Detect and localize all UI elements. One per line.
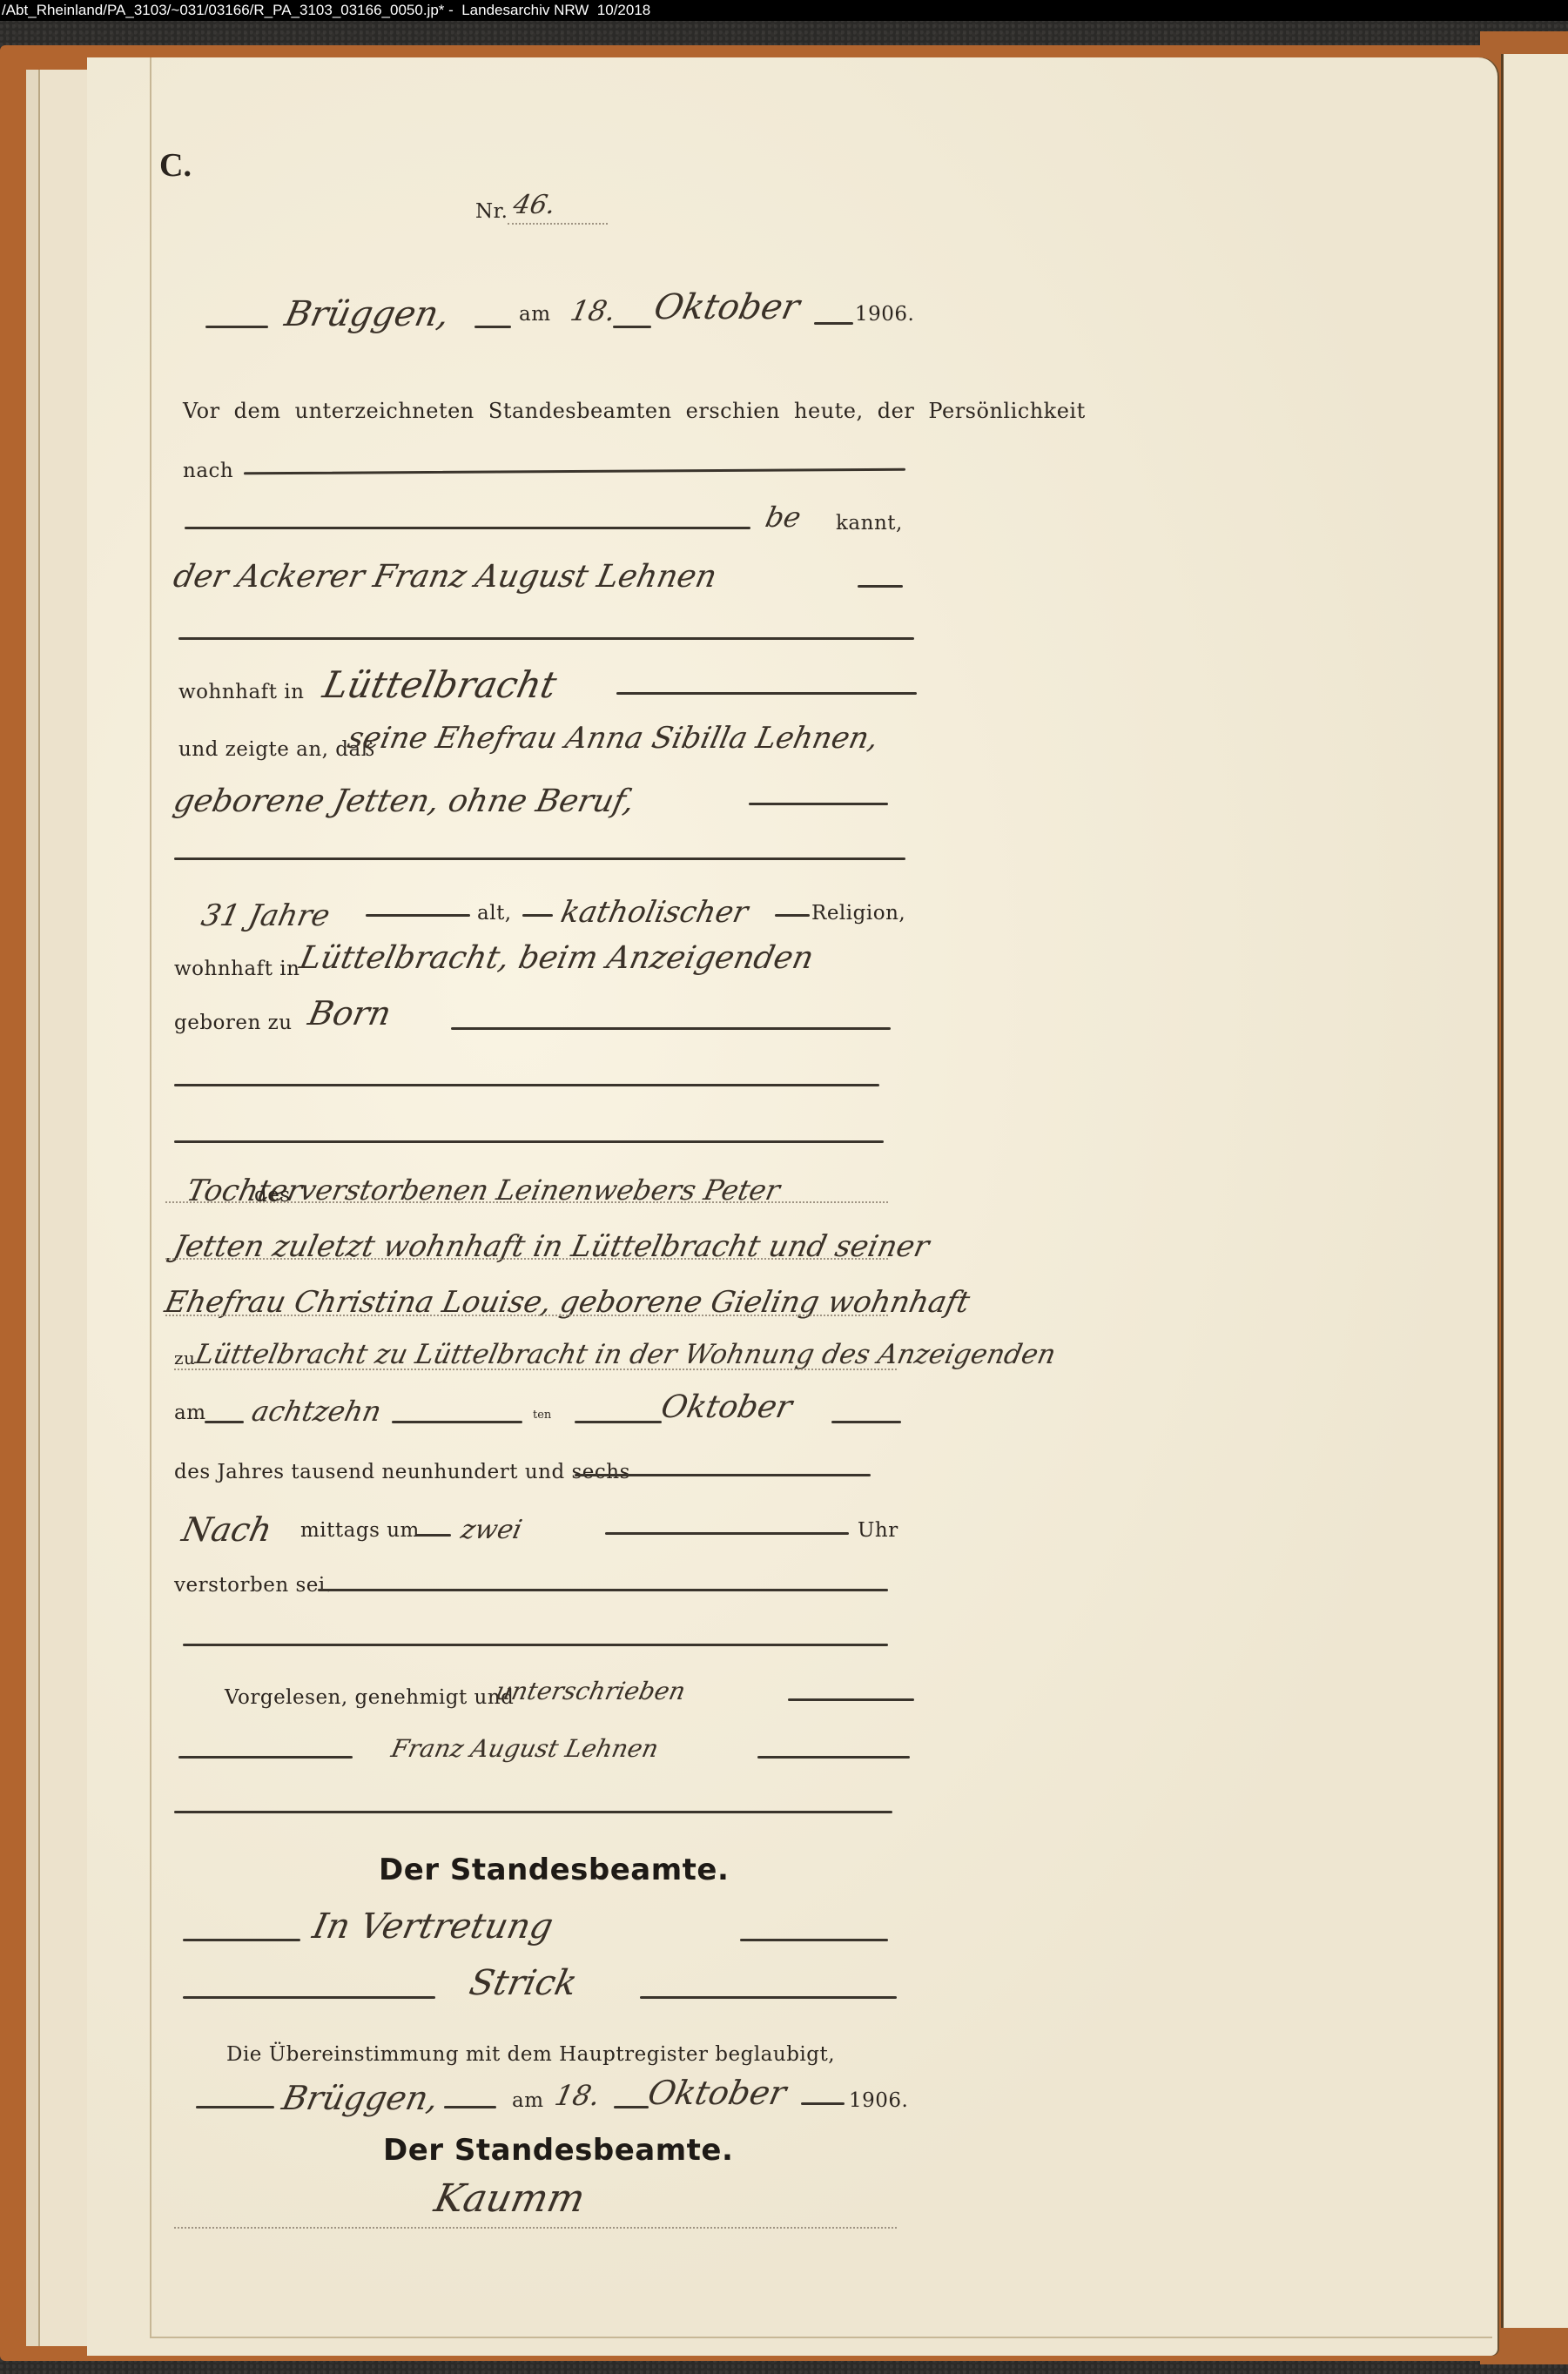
fill-rule — [444, 2106, 496, 2108]
bekannt-hand: be — [763, 501, 804, 534]
fill-rule — [858, 585, 903, 588]
dotline — [165, 1315, 888, 1316]
ten-label: ten — [533, 1409, 551, 1422]
fill-rule — [757, 1756, 910, 1759]
fill-rule — [474, 326, 511, 328]
geboren-value: Born — [305, 994, 394, 1032]
bekannt-label: kannt, — [836, 512, 903, 535]
cert-year: 1906. — [849, 2089, 908, 2112]
place-value: Brüggen, — [281, 294, 453, 334]
registrar-heading: Der Standesbeamte. — [379, 1853, 729, 1887]
am-label-death: am — [174, 1402, 206, 1424]
fill-rule — [196, 2106, 274, 2108]
geboren-label: geboren zu — [174, 1012, 293, 1034]
vorgelesen-value: unterschrieben — [493, 1677, 688, 1705]
dotline — [174, 1369, 897, 1370]
registrar-deputy: In Vertretung — [309, 1907, 556, 1947]
fill-rule — [183, 1996, 435, 1999]
fill-rule — [740, 1939, 888, 1941]
fill-rule — [174, 1140, 884, 1143]
wohnhaft-label: wohnhaft in — [178, 681, 304, 703]
certification-line: Die Übereinstimmung mit dem Hauptregiste… — [226, 2043, 835, 2066]
window-title-bar: /Abt_Rheinland/PA_3103/~031/03166/R_PA_3… — [0, 0, 1568, 21]
year-line: des Jahres tausend neunhundert und sechs — [174, 1461, 630, 1483]
fill-rule — [575, 1421, 662, 1423]
fill-rule — [183, 1939, 300, 1941]
fill-rule — [614, 2106, 649, 2108]
intro-line: Vor dem unterzeichneten Standesbeamten e… — [183, 399, 1086, 423]
religion-value: katholischer — [558, 895, 751, 930]
fill-rule — [183, 1644, 888, 1646]
number-dotline — [508, 223, 608, 225]
fill-rule — [392, 1421, 522, 1423]
year-value: 1906. — [855, 303, 914, 326]
uhr-label: Uhr — [858, 1519, 898, 1542]
cert-month: Oktober — [644, 2074, 790, 2112]
registrar-signature: Strick — [466, 1963, 581, 2003]
verstorben-label: verstorben sei. — [174, 1574, 333, 1597]
fill-rule — [801, 2102, 845, 2105]
vorgelesen-label: Vorgelesen, genehmigt und — [225, 1686, 514, 1709]
section-letter: C. — [159, 146, 192, 185]
parents-line-4: Lüttelbracht zu Lüttelbracht in der Wohn… — [192, 1339, 1059, 1370]
mittags-label: mittags um — [300, 1519, 420, 1542]
facing-page-edge — [1501, 54, 1568, 2328]
fill-rule — [749, 803, 888, 805]
fill-rule — [174, 1811, 892, 1813]
fill-rule — [814, 322, 853, 325]
religion-label: Religion, — [811, 902, 905, 925]
geborene-value: geborene Jetten, ohne Beruf, — [171, 783, 638, 819]
fill-rule — [205, 1421, 244, 1423]
cert-heading: Der Standesbeamte. — [383, 2133, 733, 2168]
fill-rule — [522, 914, 553, 917]
alt-label: alt, — [477, 902, 512, 925]
fill-rule — [775, 914, 810, 917]
dotline — [165, 1258, 888, 1260]
informant-signature: Franz August Lehnen — [388, 1734, 661, 1763]
time-prefix: Nach — [178, 1510, 275, 1549]
death-day: achtzehn — [249, 1395, 385, 1428]
fill-rule — [174, 857, 905, 860]
nach-label: nach — [183, 460, 233, 482]
fill-rule — [575, 1474, 871, 1476]
fill-rule — [605, 1532, 849, 1535]
fill-rule — [178, 1756, 353, 1759]
cert-am-label: am — [512, 2089, 544, 2112]
fill-rule — [613, 326, 651, 328]
fill-rule — [788, 1698, 914, 1701]
number-label: Nr. — [475, 200, 508, 223]
death-month: Oktober — [658, 1389, 796, 1425]
am-label: am — [519, 303, 551, 326]
age-value: 31 Jahre — [199, 898, 333, 933]
fill-rule — [366, 914, 470, 917]
fill-rule — [616, 692, 917, 695]
fill-rule — [178, 637, 914, 640]
fill-rule — [451, 1027, 891, 1030]
fill-rule — [174, 1084, 879, 1086]
month-value: Oktober — [650, 287, 803, 327]
cert-day: 18. — [552, 2079, 603, 2112]
wohnhaft2-label: wohnhaft in — [174, 958, 299, 980]
dotline — [174, 2227, 897, 2229]
wohnhaft2-value: Lüttelbracht, beim Anzeigenden — [297, 940, 817, 976]
time-value: zwei — [458, 1515, 524, 1545]
des-label: des — [254, 1184, 291, 1207]
fill-rule — [205, 326, 268, 328]
cert-place: Brüggen, — [279, 2079, 442, 2117]
fill-rule — [831, 1421, 901, 1423]
zeigte-value: seine Ehefrau Anna Sibilla Lehnen, — [345, 721, 882, 756]
zu-label: zu — [174, 1348, 195, 1369]
number-value: 46. — [510, 190, 558, 220]
dotline — [165, 1201, 888, 1203]
fill-rule — [640, 1996, 897, 1999]
fill-rule — [416, 1534, 451, 1537]
cert-signature: Kaumm — [431, 2176, 589, 2221]
day-value: 18. — [568, 294, 619, 327]
wohnhaft-value: Lüttelbracht — [320, 663, 561, 706]
fill-rule — [185, 527, 750, 529]
informant-name: der Ackerer Franz August Lehnen — [171, 559, 720, 595]
fill-rule — [318, 1589, 888, 1591]
